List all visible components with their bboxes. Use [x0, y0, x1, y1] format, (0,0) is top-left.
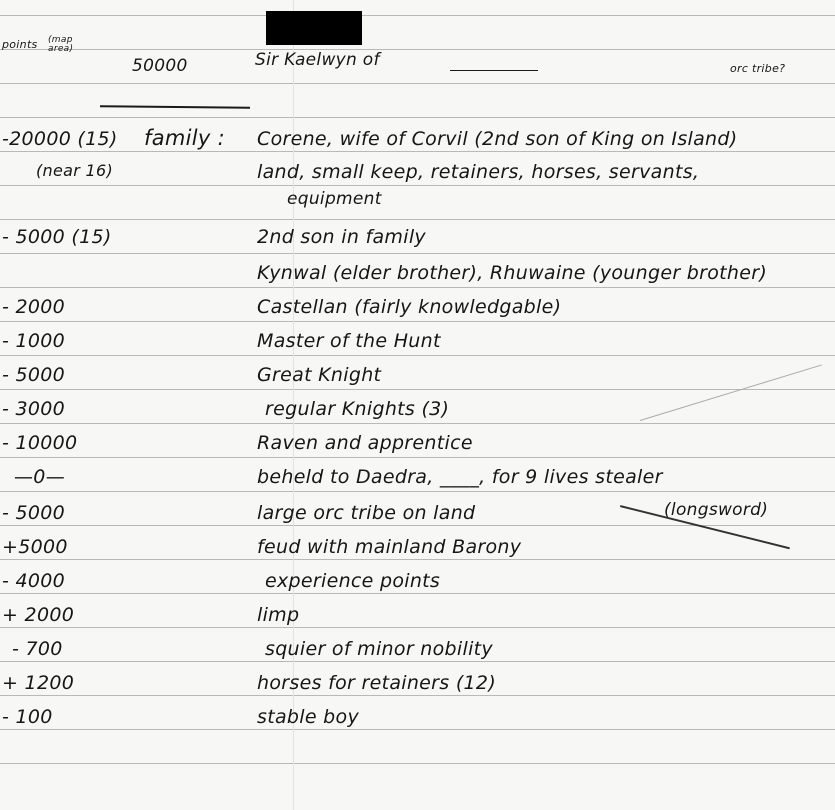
- entry-amount: —0—: [14, 466, 65, 488]
- entry-description: beheld to Daedra, ____, for 9 lives stea…: [257, 466, 663, 488]
- entry-amount: - 5000: [2, 364, 65, 386]
- redaction-block: [266, 11, 362, 45]
- name-blank-line: [450, 70, 538, 71]
- entry-description: limp: [257, 604, 299, 626]
- points-label: points: [2, 38, 38, 51]
- entry-description: equipment: [287, 189, 382, 209]
- entry-amount: +5000: [2, 536, 68, 558]
- entry-amount: + 1200: [2, 672, 74, 694]
- entry-description: horses for retainers (12): [257, 672, 496, 694]
- entry-description: land, small keep, retainers, horses, ser…: [257, 161, 699, 183]
- character-name: Sir Kaelwyn of: [255, 50, 380, 70]
- side-note: orc tribe?: [730, 62, 785, 75]
- entry-description: Corene, wife of Corvil (2nd son of King …: [257, 128, 737, 150]
- entry-amount: - 4000: [2, 570, 65, 592]
- entry-description: Master of the Hunt: [257, 330, 441, 352]
- entry-description: Kynwal (elder brother), Rhuwaine (younge…: [257, 262, 767, 284]
- entry-description: experience points: [265, 570, 440, 592]
- entry-description: stable boy: [257, 706, 359, 728]
- entry-amount: - 10000: [2, 432, 77, 454]
- entry-amount: - 2000: [2, 296, 65, 318]
- entry-amount: (near 16): [36, 161, 113, 180]
- entry-description: regular Knights (3): [265, 398, 449, 420]
- entry-amount: - 3000: [2, 398, 65, 420]
- entry-description: 2nd son in family: [257, 226, 426, 248]
- entry-amount: - 700: [12, 638, 63, 660]
- entry-description: Castellan (fairly knowledgable): [257, 296, 561, 318]
- total-points: 50000: [132, 56, 188, 76]
- entry-description: large orc tribe on land: [257, 502, 475, 524]
- entry-amount: - 5000 (15): [2, 226, 112, 248]
- entry-amount: - 1000: [2, 330, 65, 352]
- entry-description: (longsword): [664, 500, 768, 520]
- entry-amount: -20000 (15): [2, 128, 118, 150]
- map-area-note: (map area): [48, 36, 98, 54]
- entry-amount: - 100: [2, 706, 53, 728]
- entry-description: feud with mainland Barony: [257, 536, 521, 558]
- entry-amount: - 5000: [2, 502, 65, 524]
- entry-description: squier of minor nobility: [265, 638, 493, 660]
- entry-description: Raven and apprentice: [257, 432, 473, 454]
- entry-description: Great Knight: [257, 364, 381, 386]
- entry-amount: + 2000: [2, 604, 74, 626]
- entry-label: family :: [144, 126, 225, 150]
